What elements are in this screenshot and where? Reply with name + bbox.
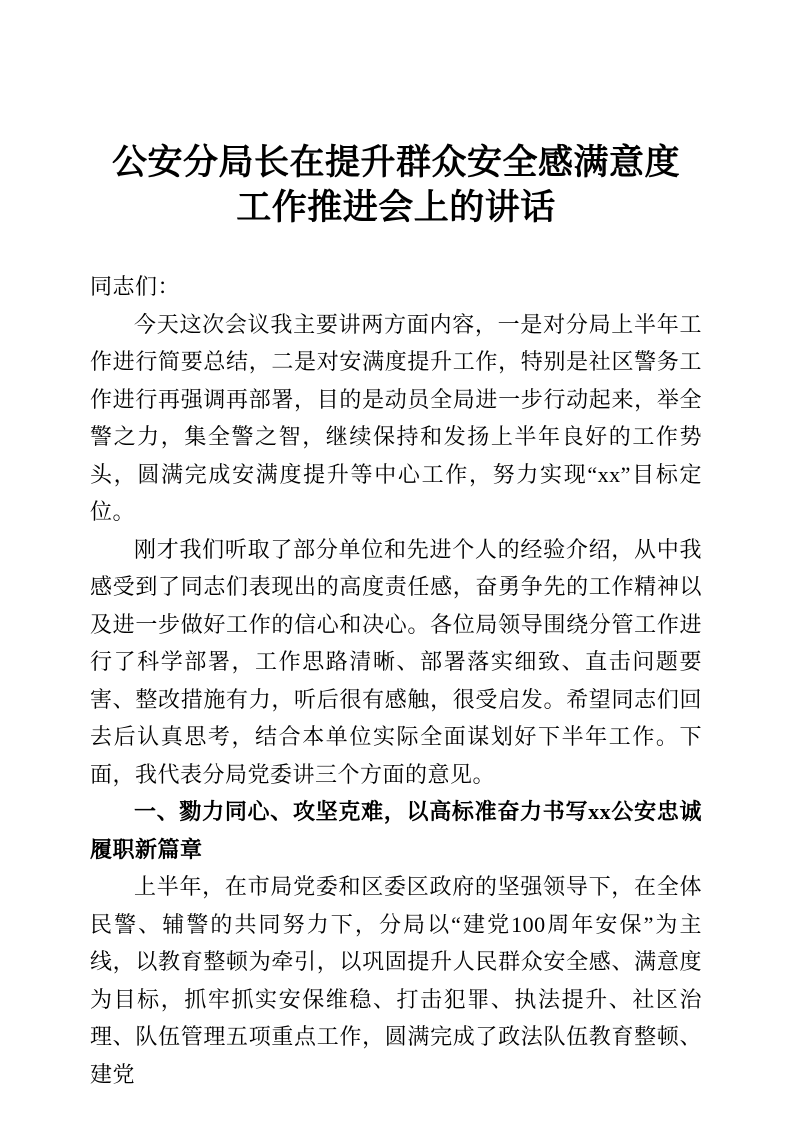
- paragraph: 上半年，在市局党委和区委区政府的坚强领导下，在全体民警、辅警的共同努力下，分局以…: [90, 868, 702, 1093]
- title-line-1: 公安分局长在提升群众安全感满意度: [90, 140, 702, 185]
- section-heading: 一、勠力同心、攻坚克难，以高标准奋力书写xx公安忠诚履职新篇章: [90, 793, 702, 868]
- document-page: 公安分局长在提升群众安全感满意度 工作推进会上的讲话 同志们： 今天这次会议我主…: [0, 0, 793, 1122]
- paragraph: 刚才我们听取了部分单位和先进个人的经验介绍，从中我感受到了同志们表现出的高度责任…: [90, 531, 702, 794]
- paragraph: 今天这次会议我主要讲两方面内容，一是对分局上半年工作进行简要总结，二是对安满度提…: [90, 306, 702, 531]
- title-line-2: 工作推进会上的讲话: [90, 185, 702, 230]
- document-body: 同志们： 今天这次会议我主要讲两方面内容，一是对分局上半年工作进行简要总结，二是…: [90, 268, 702, 1093]
- salutation: 同志们：: [90, 268, 702, 306]
- document-title: 公安分局长在提升群众安全感满意度 工作推进会上的讲话: [90, 140, 702, 230]
